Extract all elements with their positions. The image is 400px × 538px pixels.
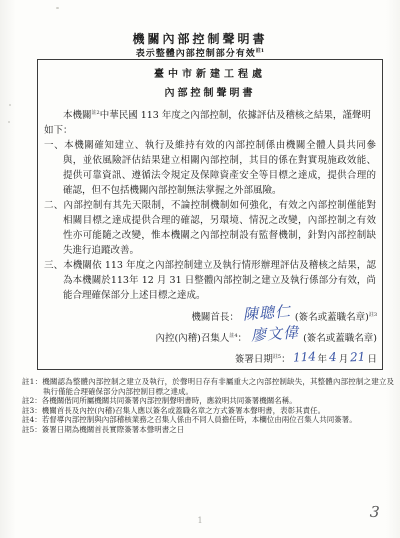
footnotes-section: 註1：機關認為整體內部控制之建立及執行，於聲明日存有非屬重大之內部控制缺失，其整…: [22, 377, 394, 435]
item-number: 一、: [44, 140, 64, 151]
item-text: 本機關依 113 年度之內部控制建立及執行情形辦理評估及稽核之結果，認為本機關於…: [63, 260, 376, 301]
item-text: 本機關確知建立、執行及維持有效的內部控制係由機關全體人員共同參與，並依風險評估結…: [63, 140, 376, 196]
handwritten-page-number: 3: [369, 503, 380, 522]
footnote-1: 註1：機關認為整體內部控制之建立及執行，於聲明日存有非屬重大之內部控制缺失，其整…: [22, 377, 394, 396]
head-signature-handwriting: 陳聰仁: [243, 307, 291, 318]
scan-artifact: [56, 7, 59, 9]
head-signature-row: 機關首長：陳聰仁(簽名或蓋職名章)註3: [155, 309, 377, 323]
head-note-ref: 註3: [369, 312, 377, 318]
head-label: 機關首長：: [191, 312, 239, 323]
date-label: 簽署日期: [235, 354, 273, 365]
document-title: 機關內部控制聲明書: [0, 30, 400, 47]
page-number: 1: [193, 516, 207, 525]
intro-prefix: 本機關: [63, 110, 92, 121]
footnote-label: 註2：: [22, 396, 42, 405]
footnote-text: 簽署日期為機關首長實際簽署本聲明書之日: [42, 425, 185, 434]
footnote-text: 機關首長及內控(內稽)召集人應以簽名或蓋職名章之方式簽署本聲明書，表彰其責任。: [42, 406, 325, 415]
footnote-3: 註3：機關首長及內控(內稽)召集人應以簽名或蓋職名章之方式簽署本聲明書，表彰其責…: [22, 406, 394, 416]
date-year-handwriting: 114: [292, 352, 315, 361]
footnote-label: 註1：: [22, 377, 42, 386]
agency-name: 臺中市新建工程處: [38, 65, 382, 80]
date-day-unit: 日: [367, 354, 377, 365]
convener-label: 內控(內稽)召集人: [155, 333, 229, 344]
convener-suffix: (簽名或蓋職名章): [303, 333, 377, 344]
scan-artifact: [8, 121, 10, 123]
footnote-text: 各機關偕同所屬機關共同簽署內部控制聲明書時，應敘明共同簽署機關名稱。: [42, 396, 297, 405]
footnote-text: 機關認為整體內部控制之建立及執行，於聲明日存有非屬重大之內部控制缺失，其整體內部…: [42, 377, 394, 396]
date-month-unit: 月: [339, 354, 349, 365]
declaration-box: 臺中市新建工程處 內部控制聲明書 本機關註2中華民國 113 年度之內部控制，依…: [37, 59, 383, 370]
declaration-body: 本機關註2中華民國 113 年度之內部控制，依據評估及稽核之結果，謹聲明 如下：…: [44, 106, 376, 303]
footnote-label: 註5：: [22, 425, 42, 434]
intro-rest: 中華民國 113 年度之內部控制，依據評估及稽核之結果，謹聲明: [100, 110, 371, 121]
date-colon: ：: [281, 354, 291, 365]
signature-block: 機關首長：陳聰仁(簽名或蓋職名章)註3 內控(內稽)召集人註4：廖文偉(簽名或蓋…: [155, 309, 377, 365]
footnote-label: 註4：: [22, 415, 42, 424]
footnote-label: 註3：: [22, 406, 42, 415]
intro-note-ref: 註2: [92, 110, 100, 116]
item-number: 二、: [44, 200, 64, 211]
head-suffix: (簽名或蓋職名章): [295, 312, 369, 323]
scan-artifact: [9, 104, 11, 106]
inner-doc-title: 內部控制聲明書: [38, 84, 382, 99]
intro-paragraph-line2: 如下：: [44, 123, 376, 138]
item-number: 三、: [44, 260, 63, 271]
item-text: 內部控制有其先天限制，不論控制機制如何強化，有效之內部控制僅能對相關目標之達成提…: [63, 200, 376, 256]
intro-paragraph-line1: 本機關註2中華民國 113 年度之內部控制，依據評估及稽核之結果，謹聲明: [44, 106, 376, 123]
signing-date-row: 簽署日期註5：114年4月21日: [155, 351, 377, 365]
footnote-2: 註2：各機關偕同所屬機關共同簽署內部控制聲明書時，應敘明共同簽署機關名稱。: [22, 396, 394, 406]
convener-colon: ：: [238, 333, 248, 344]
footnote-4: 註4：若督導內部控制與內部稽核業務之召集人係由不同人員擔任時，本欄位由兩位召集人…: [22, 415, 394, 425]
convener-signature-handwriting: 廖文偉: [251, 328, 299, 339]
date-day-handwriting: 21: [350, 353, 366, 362]
scanned-document-page: 機關內部控制聲明書 表示整體內部控制部分有效註1 臺中市新建工程處 內部控制聲明…: [0, 0, 400, 538]
footnote-5: 註5：簽署日期為機關首長實際簽署本聲明書之日: [22, 425, 394, 435]
declaration-item-3: 三、本機關依 113 年度之內部控制建立及執行情形辦理評估及稽核之結果，認為本機…: [44, 258, 376, 303]
convener-signature-row: 內控(內稽)召集人註4：廖文偉(簽名或蓋職名章): [155, 330, 377, 344]
declaration-item-1: 一、本機關確知建立、執行及維持有效的內部控制係由機關全體人員共同參與，並依風險評…: [44, 138, 376, 198]
declaration-item-2: 二、內部控制有其先天限制，不論控制機制如何強化，有效之內部控制僅能對相關目標之達…: [44, 198, 376, 258]
footnote-text: 若督導內部控制與內部稽核業務之召集人係由不同人員擔任時，本欄位由兩位召集人共同簽…: [42, 415, 357, 424]
convener-note-ref: 註4: [229, 333, 237, 339]
subtitle-note-ref: 註1: [256, 48, 264, 54]
date-note-ref: 註5: [273, 354, 281, 360]
date-year-unit: 年: [318, 354, 328, 365]
date-month-handwriting: 4: [329, 353, 337, 361]
document-subtitle: 表示整體內部控制部分有效註1: [0, 46, 400, 59]
subtitle-text: 表示整體內部控制部分有效: [136, 49, 256, 59]
